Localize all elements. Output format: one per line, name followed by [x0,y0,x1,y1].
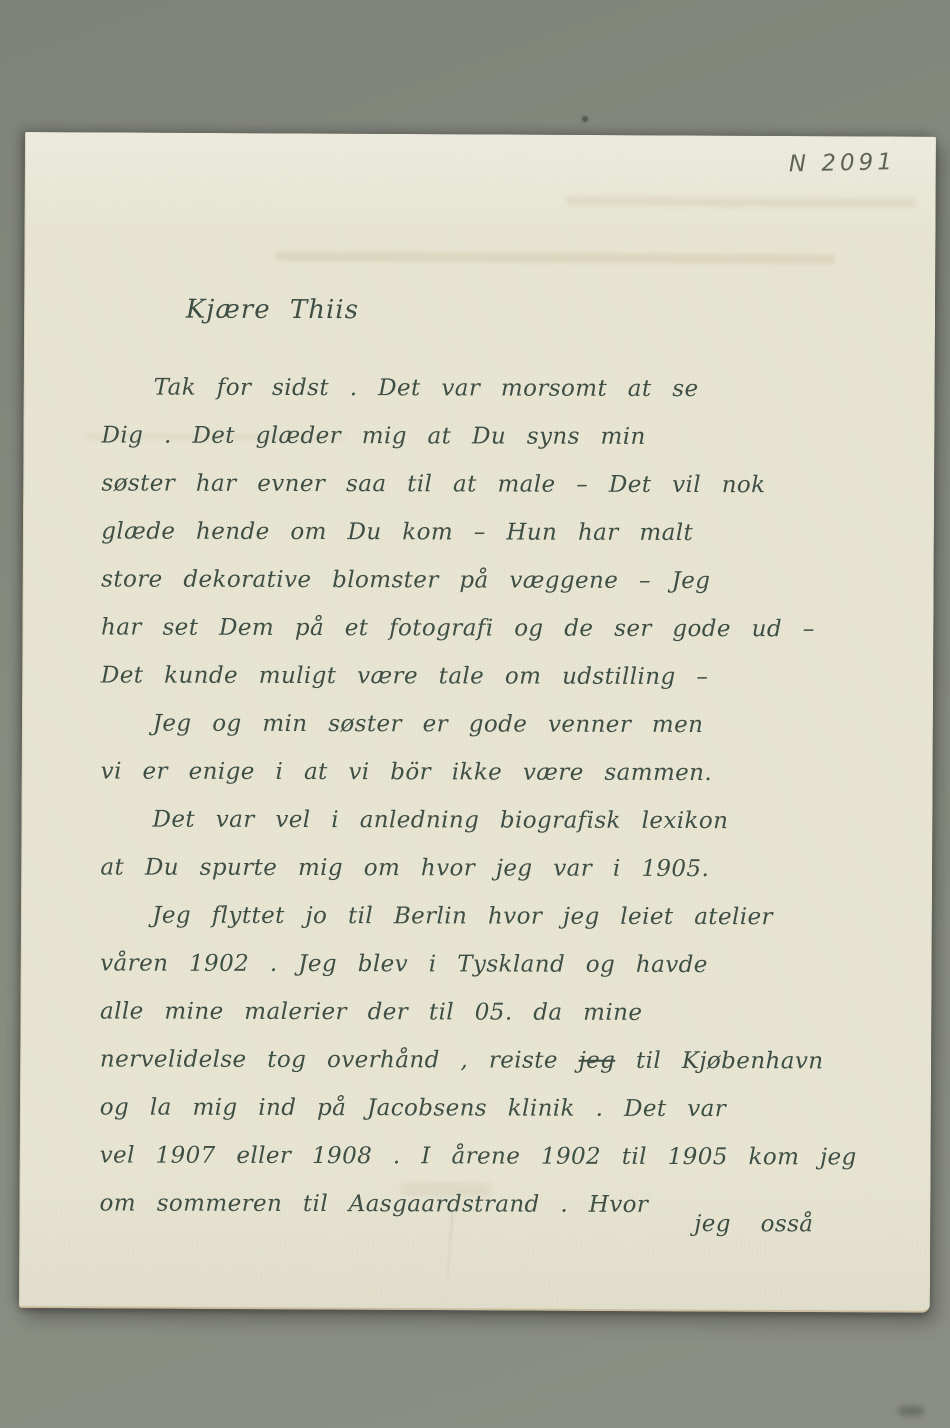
letter-line-text: Det kunde muligt være tale om udstilling… [101,662,708,690]
letter-line-text: glæde hende om Du kom – Hun har malt [101,518,693,546]
letter-line-tail: jeg osså [694,1200,813,1248]
ink-bleedthrough [566,197,916,208]
letter-line-text: om sommeren til Aasgaardstrand . Hvor [100,1190,649,1217]
letter-line: søster har evner saa til at male – Det v… [101,459,907,509]
letter-line-text: nervelidelse tog overhånd , reiste [100,1046,579,1073]
letter-line-text: Tak for sidst . Det var morsomt at se [154,375,699,402]
letter-line-text: og la mig ind på Jacobsens klinik . Det … [100,1094,726,1122]
letter-line: har set Dem på et fotografi og de ser go… [101,603,907,653]
dust-smudge [898,1406,924,1416]
letter-line: glæde hende om Du kom – Hun har malt [101,507,907,557]
crossed-out-word: jeg [579,1048,616,1074]
letter-line: vel 1907 eller 1908 . I årene 1902 til 1… [100,1131,906,1181]
letter-line: om sommeren til Aasgaardstrand . Hvorjeg… [99,1179,905,1229]
letter-line-text: Jeg flyttet jo til Berlin hvor jeg leiet… [152,903,773,931]
letter-greeting: Kjære Thiis [186,290,908,366]
letter-lines: Tak for sidst . Det var morsomt at seDig… [99,363,907,1229]
letter-line-text: våren 1902 . Jeg blev i Tyskland og havd… [100,950,708,978]
letter-line-text: til Kjøbenhavn [615,1048,823,1075]
letter-line-text: vel 1907 eller 1908 . I årene 1902 til 1… [100,1142,857,1170]
letter-line: store dekorative blomster på væggene – J… [101,555,907,605]
letter-line-text: Det var vel i anledning biografisk lexik… [153,807,729,835]
ink-bleedthrough [275,251,835,264]
letter-line: Det var vel i anledning biografisk lexik… [100,795,906,845]
letter-line-text: alle mine malerier der til 05. da mine [100,998,642,1025]
letter-line: Dig . Det glæder mig at Du syns min [102,411,908,461]
letter-line-text: at Du spurte mig om hvor jeg var i 1905. [100,854,709,882]
letter-line: Tak for sidst . Det var morsomt at se [102,363,908,413]
letter-line-text: vi er enige i at vi bör ikke være sammen… [101,758,713,786]
letter-line: at Du spurte mig om hvor jeg var i 1905. [100,843,906,893]
letter-line: Jeg og min søster er gode venner men [101,699,907,749]
letter-line: alle mine malerier der til 05. da mine [100,987,906,1037]
letter-line-text: store dekorative blomster på væggene – J… [101,566,710,594]
archival-number: N 2091 [789,149,897,177]
letter-line-text: har set Dem på et fotografi og de ser go… [101,614,815,642]
letter-line: og la mig ind på Jacobsens klinik . Det … [100,1083,906,1133]
letter-line: nervelidelse tog overhånd , reiste jeg t… [100,1035,906,1085]
letter-body: Kjære Thiis Tak for sidst . Det var mors… [99,289,907,1229]
letter-line-text: Jeg og min søster er gode venner men [153,711,704,738]
scan-background: { "page": { "background_color": "#868a7f… [0,0,950,1428]
dust-speck [582,116,588,122]
letter-line: Det kunde muligt være tale om udstilling… [101,651,907,701]
letter-line-text: Dig . Det glæder mig at Du syns min [102,422,646,449]
letter-line: Jeg flyttet jo til Berlin hvor jeg leiet… [100,891,906,941]
letter-line: vi er enige i at vi bör ikke være sammen… [101,747,907,797]
letter-page: N 2091 Kjære Thiis Tak for sidst . Det v… [19,132,936,1313]
letter-line-text: søster har evner saa til at male – Det v… [101,470,765,498]
letter-line: våren 1902 . Jeg blev i Tyskland og havd… [100,939,906,989]
